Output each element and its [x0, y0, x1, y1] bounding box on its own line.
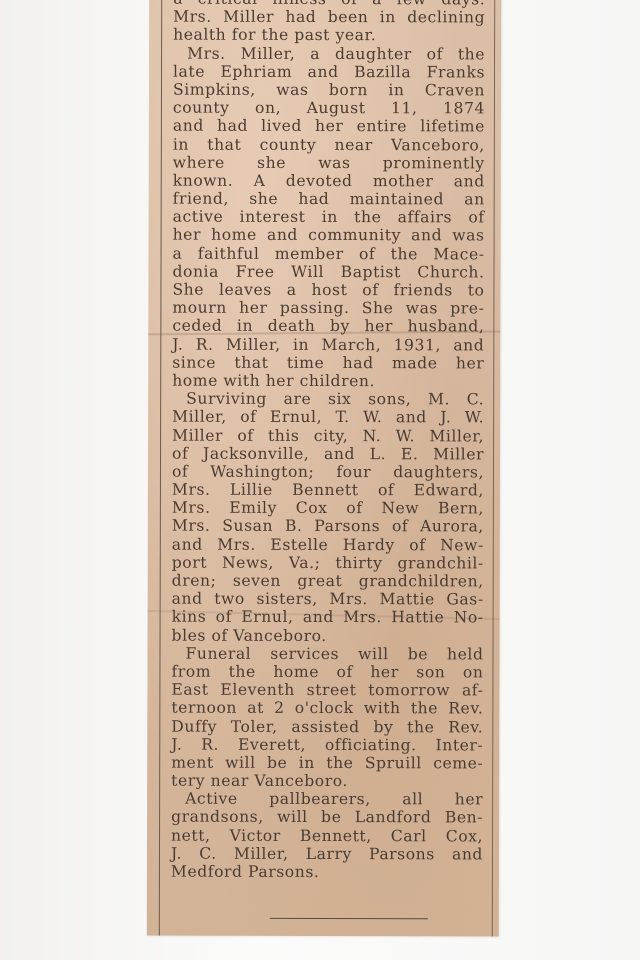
text-line: kins of Ernul, and Mrs. Hattie No- — [172, 608, 484, 627]
text-line: mourn her passing. She was pre- — [172, 299, 484, 318]
text-line: friend, she had maintained an — [173, 190, 485, 209]
end-of-article-rule — [270, 918, 428, 919]
text-line: J. C. Miller, Larry Parsons and — [171, 844, 483, 863]
text-line: Mrs. Lillie Bennett of Edward, — [172, 481, 484, 500]
newspaper-clipping: a critical illness of a few days.Mrs. Mi… — [147, 0, 501, 936]
text-line: where she was prominently — [173, 153, 485, 172]
text-line: known. A devoted mother and — [173, 171, 485, 190]
text-line: her home and community and was — [173, 226, 485, 245]
column-rule-left — [159, 0, 162, 936]
text-line: county on, August 11, 1874 — [173, 99, 485, 118]
text-line: of Jacksonville, and L. E. Miller — [172, 444, 484, 463]
text-line: bles of Vanceboro. — [172, 626, 484, 645]
text-line: nett, Victor Bennett, Carl Cox, — [171, 826, 483, 845]
text-line: from the home of her son on — [171, 663, 483, 682]
text-line: Medford Parsons. — [171, 863, 483, 882]
text-line: Funeral services will be held — [171, 644, 483, 663]
text-line: health for the past year. — [173, 26, 485, 45]
text-line: tery near Vanceboro. — [171, 772, 483, 791]
text-line: a faithful member of the Mace- — [173, 244, 485, 263]
text-line: in that county near Vanceboro, — [173, 135, 485, 154]
text-line: grandsons, will be Landford Ben- — [171, 808, 483, 827]
text-line: East Eleventh street tomorrow af- — [171, 681, 483, 700]
text-line: Mrs. Miller, a daughter of the — [173, 44, 485, 63]
text-line: Mrs. Miller had been in declining — [173, 8, 485, 27]
text-line: and had lived her entire lifetime — [173, 117, 485, 136]
text-line: Duffy Toler, assisted by the Rev. — [171, 717, 483, 736]
text-line: port News, Va.; thirty grandchil- — [172, 553, 484, 572]
text-line: Simpkins, was born in Craven — [173, 81, 485, 100]
text-line: late Ephriam and Bazilla Franks — [173, 62, 485, 81]
text-line: Active pallbearers, all her — [171, 790, 483, 809]
text-line: She leaves a host of friends to — [172, 281, 484, 300]
text-line: J. R. Miller, in March, 1931, and — [172, 335, 484, 354]
text-line: Surviving are six sons, M. C. — [172, 390, 484, 409]
text-line: ceded in death by her husband, — [172, 317, 484, 336]
text-line: home with her children. — [172, 372, 484, 391]
text-line: ment will be in the Spruill ceme- — [171, 753, 483, 772]
text-line: active interest in the affairs of — [173, 208, 485, 227]
text-line: and Mrs. Estelle Hardy of New- — [172, 535, 484, 554]
text-line: dren; seven great grandchildren, — [172, 572, 484, 591]
text-line: and two sisters, Mrs. Mattie Gas- — [172, 590, 484, 609]
text-line: Miller, of Ernul, T. W. and J. W. — [172, 408, 484, 427]
text-line: Miller of this city, N. W. Miller, — [172, 426, 484, 445]
text-line: Mrs. Susan B. Parsons of Aurora, — [172, 517, 484, 536]
text-line: since that time had made her — [172, 353, 484, 372]
text-line: J. R. Everett, officiating. Inter- — [171, 735, 483, 754]
obituary-text-column: a critical illness of a few days.Mrs. Mi… — [171, 0, 485, 882]
text-line: ternoon at 2 o'clock with the Rev. — [171, 699, 483, 718]
text-line: Mrs. Emily Cox of New Bern, — [172, 499, 484, 518]
text-line: of Washington; four daughters, — [172, 462, 484, 481]
text-line: donia Free Will Baptist Church. — [172, 262, 484, 281]
column-rule-right — [492, 0, 495, 936]
